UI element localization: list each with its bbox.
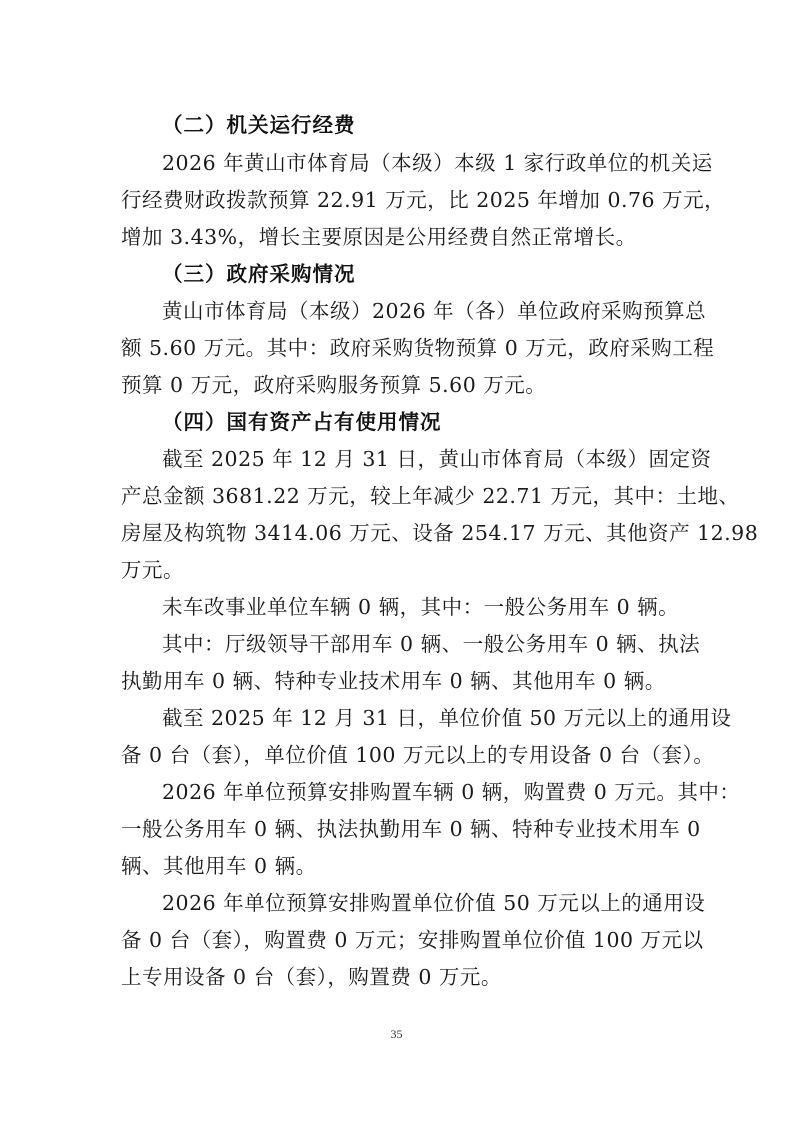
paragraph-line: 未车改事业单位车辆 0 辆，其中：一般公务用车 0 辆。 xyxy=(162,594,693,620)
paragraph-line: 行经费财政拨款预算 22.91 万元，比 2025 年增加 0.76 万元， xyxy=(121,187,693,213)
paragraph-line: 预算 0 万元，政府采购服务预算 5.60 万元。 xyxy=(121,372,693,398)
section-heading-government-procurement: （三）政府采购情况 xyxy=(162,261,356,287)
section-heading-state-assets: （四）国有资产占有使用情况 xyxy=(162,409,442,435)
paragraph-line: 万元。 xyxy=(121,557,693,583)
paragraph-line: 辆、其他用车 0 辆。 xyxy=(121,853,693,879)
paragraph-line: 增加 3.43%，增长主要原因是公用经费自然正常增长。 xyxy=(121,224,693,250)
paragraph-line: 黄山市体育局（本级）2026 年（各）单位政府采购预算总 xyxy=(162,298,693,324)
paragraph-line: 产总金额 3681.22 万元，较上年减少 22.71 万元，其中：土地、 xyxy=(121,483,693,509)
paragraph-line: 执勤用车 0 辆、特种专业技术用车 0 辆、其他用车 0 辆。 xyxy=(121,668,693,694)
paragraph-line: 2026 年单位预算安排购置单位价值 50 万元以上的通用设 xyxy=(162,890,693,916)
paragraph-line: 2026 年黄山市体育局（本级）本级 1 家行政单位的机关运 xyxy=(162,150,693,176)
paragraph-line: 备 0 台（套），单位价值 100 万元以上的专用设备 0 台（套）。 xyxy=(121,742,693,768)
paragraph-line: 截至 2025 年 12 月 31 日，单位价值 50 万元以上的通用设 xyxy=(162,705,693,731)
paragraph-line: 额 5.60 万元。其中：政府采购货物预算 0 万元，政府采购工程 xyxy=(121,335,693,361)
paragraph-line: 截至 2025 年 12 月 31 日，黄山市体育局（本级）固定资 xyxy=(162,446,693,472)
paragraph-line: 备 0 台（套），购置费 0 万元；安排购置单位价值 100 万元以 xyxy=(121,927,693,953)
page-number: 35 xyxy=(0,1027,793,1042)
paragraph-line: 一般公务用车 0 辆、执法执勤用车 0 辆、特种专业技术用车 0 xyxy=(121,816,693,842)
section-heading-operating-expenses: （二）机关运行经费 xyxy=(162,112,356,138)
paragraph-line: 其中：厅级领导干部用车 0 辆、一般公务用车 0 辆、执法 xyxy=(162,631,693,657)
paragraph-line: 2026 年单位预算安排购置车辆 0 辆，购置费 0 万元。其中： xyxy=(162,779,693,805)
document-page: （二）机关运行经费 2026 年黄山市体育局（本级）本级 1 家行政单位的机关运… xyxy=(0,0,793,1122)
paragraph-line: 房屋及构筑物 3414.06 万元、设备 254.17 万元、其他资产 12.9… xyxy=(121,520,693,546)
paragraph-line: 上专用设备 0 台（套），购置费 0 万元。 xyxy=(121,964,693,990)
